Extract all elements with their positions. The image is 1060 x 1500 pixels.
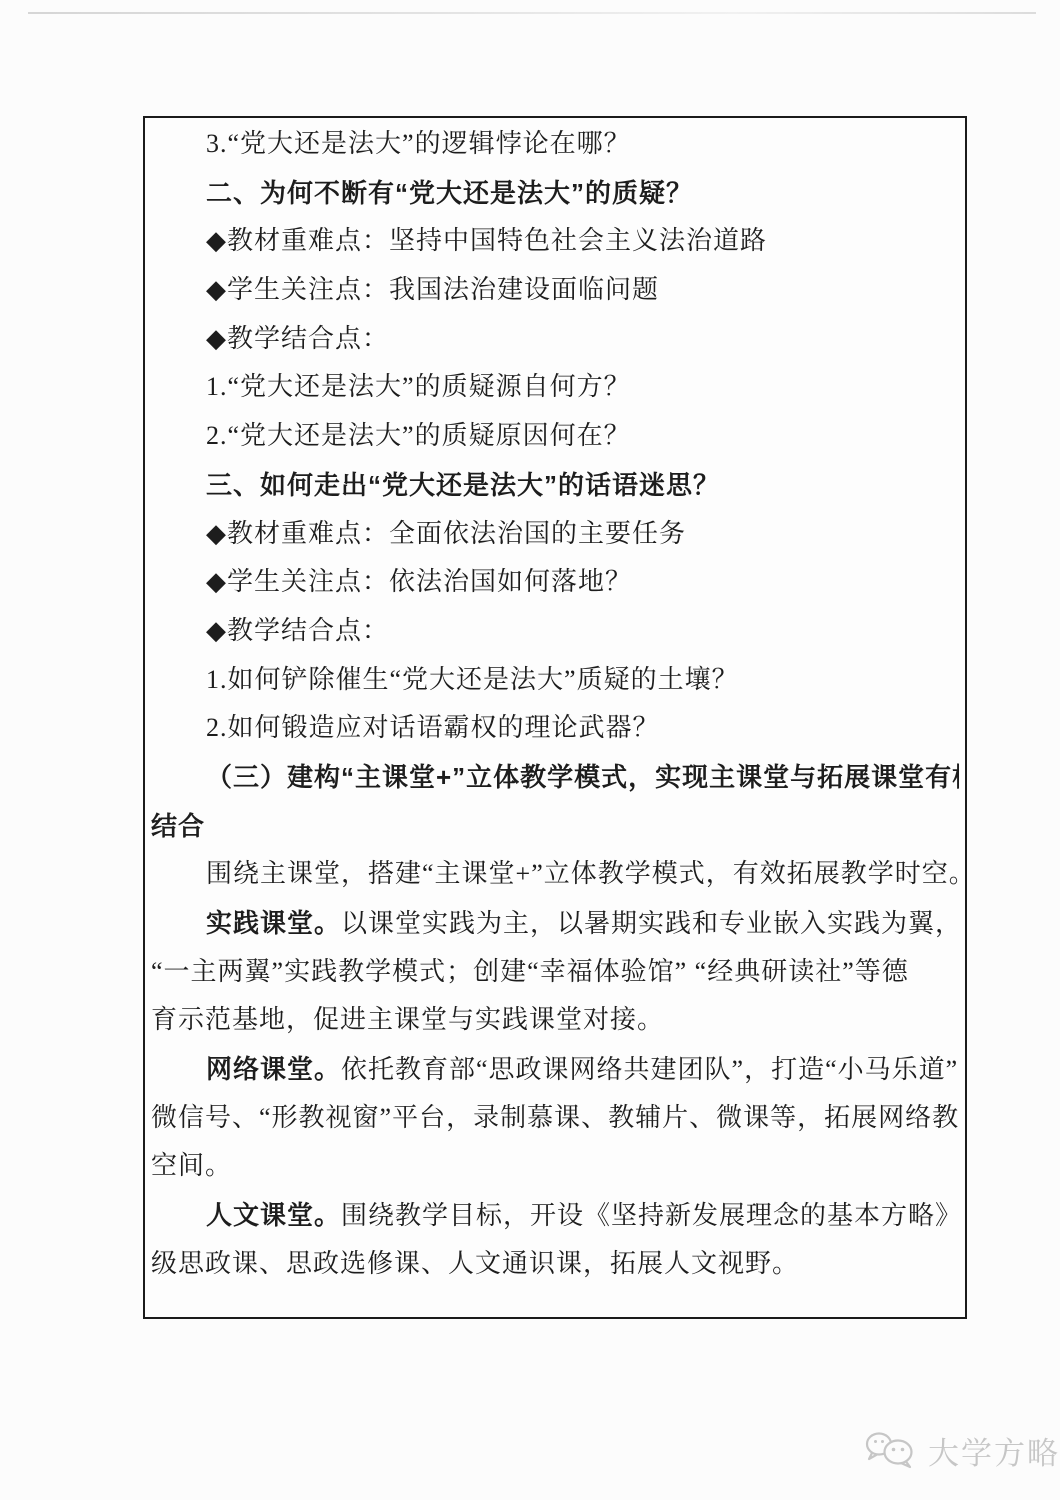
doc-text: 1.如何铲除催生“党大还是法大”质疑的土壤？ [206,665,739,694]
doc-line: ◆教材重难点：坚持中国特色社会主义法治道路 [151,217,959,266]
doc-text-bold: 二、为何不断有“党大还是法大”的质疑？ [206,178,693,208]
watermark-label: 大学方略 [928,1428,1060,1473]
doc-line: 微信号、“形教视窗”平台，录制慕课、教辅片、微课等，拓展网络教学 [151,1094,959,1143]
doc-text: 2.“党大还是法大”的质疑原因何在？ [206,421,631,450]
doc-text-bold: 人文课堂。 [206,1200,341,1230]
wechat-logo-icon [862,1429,920,1471]
doc-text: 1.“党大还是法大”的质疑源自何方？ [206,372,631,401]
doc-text: ◆学生关注点：依法治国如何落地？ [206,567,632,596]
doc-line: ◆学生关注点：我国法治建设面临问题 [151,266,959,315]
scan-artifact-line [28,12,1036,14]
doc-line: 2.“党大还是法大”的质疑原因何在？ [151,412,959,461]
scanned-page: { "page": { "background": "#fcfcfc", "in… [0,0,1060,1500]
doc-text: ◆教学结合点： [206,616,389,645]
doc-text-bold: 结合 [151,811,205,841]
doc-line: 围绕主课堂，搭建“主课堂+”立体教学模式，有效拓展教学时空。 [151,850,959,899]
doc-line: ◆教材重难点：全面依法治国的主要任务 [151,510,959,559]
doc-text-bold: 实践课堂。 [206,908,341,938]
doc-text: 围绕主课堂，搭建“主课堂+”立体教学模式，有效拓展教学时空。 [206,859,959,888]
doc-line: 二、为何不断有“党大还是法大”的质疑？ [151,169,959,218]
document-box: 3.“党大还是法大”的逻辑悖论在哪？二、为何不断有“党大还是法大”的质疑？◆教材… [143,116,967,1319]
doc-line: 实践课堂。以课堂实践为主，以暑期实践和专业嵌入实践为翼，创设 [151,899,959,948]
doc-text: 空间。 [151,1151,232,1180]
doc-text: 3.“党大还是法大”的逻辑悖论在哪？ [206,129,631,158]
doc-line: 网络课堂。依托教育部“思政课网络共建团队”，打造“小马乐道” [151,1045,959,1094]
doc-line: ◆教学结合点： [151,607,959,656]
doc-text: 以课堂实践为主，以暑期实践和专业嵌入实践为翼，创设 [341,909,959,938]
doc-text: ◆教学结合点： [206,324,389,353]
doc-text: “一主两翼”实践教学模式；创建“幸福体验馆” “经典研读社”等德 [151,957,909,986]
doc-line: 结合 [151,802,959,851]
doc-line: 1.如何铲除催生“党大还是法大”质疑的土壤？ [151,656,959,705]
doc-text: 2.如何锻造应对话语霸权的理论武器？ [206,713,660,742]
doc-text-bold: 网络课堂。 [206,1054,341,1084]
doc-text: 围绕教学目标，开设《坚持新发展理念的基本方略》等市 [341,1201,959,1230]
doc-line: 人文课堂。围绕教学目标，开设《坚持新发展理念的基本方略》等市 [151,1191,959,1240]
doc-text: 依托教育部“思政课网络共建团队”，打造“小马乐道” [341,1055,958,1084]
doc-line: 级思政课、思政选修课、人文通识课，拓展人文视野。 [151,1240,959,1289]
doc-text: ◆教材重难点：全面依法治国的主要任务 [206,519,686,548]
document-text-area: 3.“党大还是法大”的逻辑悖论在哪？二、为何不断有“党大还是法大”的质疑？◆教材… [145,118,965,1317]
doc-text: 微信号、“形教视窗”平台，录制慕课、教辅片、微课等，拓展网络教学 [151,1103,959,1132]
doc-line: 2.如何锻造应对话语霸权的理论武器？ [151,704,959,753]
doc-text: ◆学生关注点：我国法治建设面临问题 [206,275,659,304]
doc-line: 空间。 [151,1142,959,1191]
doc-line: 3.“党大还是法大”的逻辑悖论在哪？ [151,120,959,169]
doc-line: “一主两翼”实践教学模式；创建“幸福体验馆” “经典研读社”等德 [151,948,959,997]
doc-text: 级思政课、思政选修课、人文通识课，拓展人文视野。 [151,1249,799,1278]
doc-text-bold: 三、如何走出“党大还是法大”的话语迷思？ [206,470,720,500]
doc-line: （三）建构“主课堂+”立体教学模式，实现主课堂与拓展课堂有机 [151,753,959,802]
doc-line: ◆学生关注点：依法治国如何落地？ [151,558,959,607]
doc-line: 三、如何走出“党大还是法大”的话语迷思？ [151,461,959,510]
doc-line: ◆教学结合点： [151,315,959,364]
doc-text: ◆教材重难点：坚持中国特色社会主义法治道路 [206,226,767,255]
watermark: 大学方略 [862,1426,1060,1474]
doc-line: 育示范基地，促进主课堂与实践课堂对接。 [151,996,959,1045]
doc-line: 1.“党大还是法大”的质疑源自何方？ [151,363,959,412]
doc-text-bold: （三）建构“主课堂+”立体教学模式，实现主课堂与拓展课堂有机 [206,762,959,792]
doc-text: 育示范基地，促进主课堂与实践课堂对接。 [151,1005,664,1034]
